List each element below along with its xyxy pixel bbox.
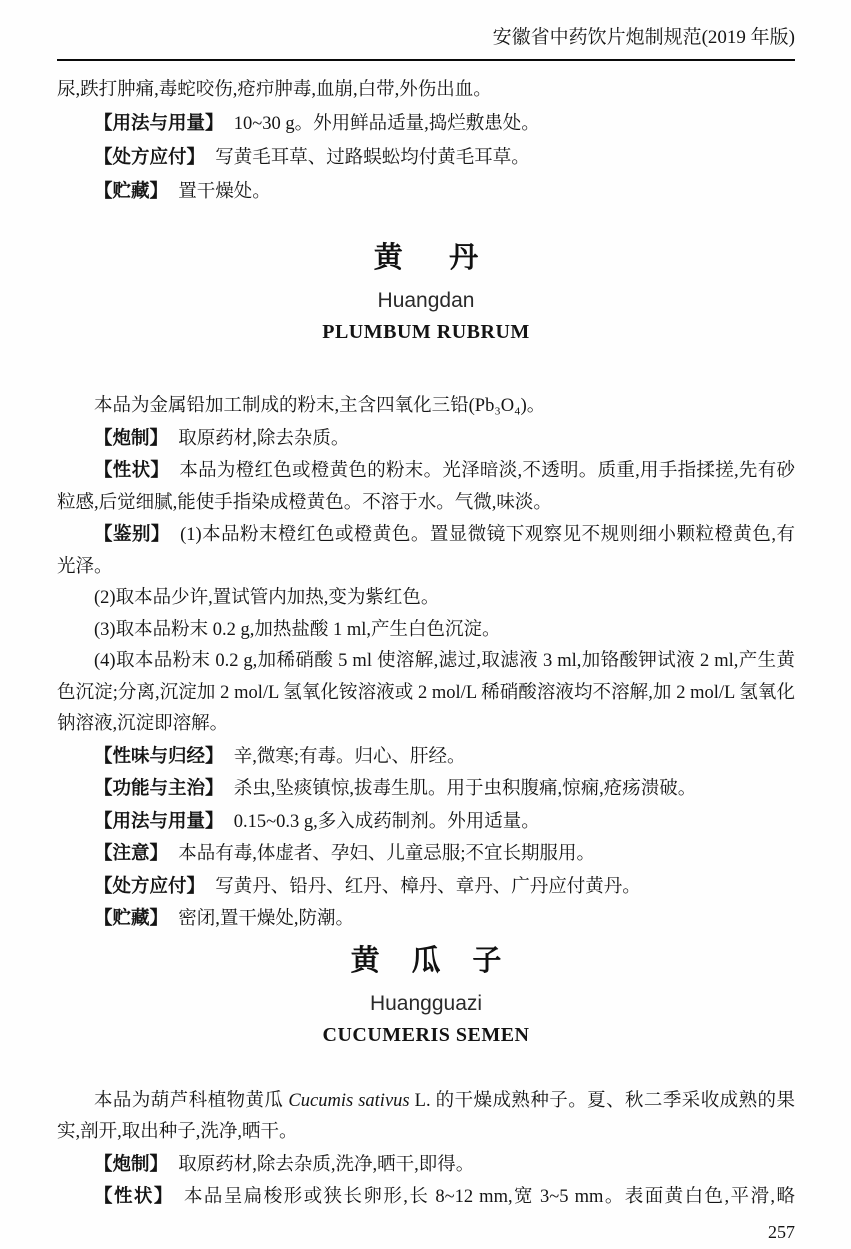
entry-label: 【鉴别】: [94, 524, 170, 545]
entry-property-meridian: 【性味与归经】辛,微寒;有毒。归心、肝经。: [57, 741, 795, 774]
monograph-title-pinyin: Huangguazi: [57, 991, 795, 1017]
entry-text: 本品呈扁梭形或狭长卵形,长 8~12 mm,宽 3~5 mm。表面黄白色,平滑,…: [184, 1187, 795, 1207]
entry-text: 10~30 g。外用鲜品适量,捣烂敷患处。: [234, 114, 540, 134]
identification-item-2: (2)取本品少许,置试管内加热,变为紫红色。: [57, 583, 795, 615]
entry-text: 置干燥处。: [178, 182, 271, 202]
entry-text: 杀虫,坠痰镇惊,拔毒生肌。用于虫积腹痛,惊痫,疮疡溃破。: [234, 779, 697, 799]
entry-label: 【处方应付】: [94, 876, 205, 897]
monograph-huangguazi-body: 本品为葫芦科植物黄瓜 Cucumis sativus L. 的干燥成熟种子。夏、…: [57, 1086, 795, 1214]
entry-prescription-dispensing: 【处方应付】写黄丹、铅丹、红丹、樟丹、章丹、广丹应付黄丹。: [57, 871, 795, 904]
entry-text: 本品有毒,体虚者、孕妇、儿童忌服;不宜长期服用。: [178, 844, 595, 864]
monograph-title-latin: PLUMBUM RUBRUM: [57, 319, 795, 345]
entry-label: 【性状】: [94, 460, 169, 481]
entry-text: 写黄毛耳草、过路蜈蚣均付黄毛耳草。: [215, 148, 530, 168]
entry-processing: 【炮制】取原药材,除去杂质。: [57, 423, 795, 456]
entry-storage: 【贮藏】密闭,置干燥处,防潮。: [57, 903, 795, 936]
entry-prescription-dispensing: 【处方应付】写黄毛耳草、过路蜈蚣均付黄毛耳草。: [57, 141, 795, 175]
header-rule: [57, 59, 795, 61]
entry-label: 【性状】: [94, 1186, 174, 1207]
document-page: 安徽省中药饮片炮制规范(2019 年版) 尿,跌打肿痛,毒蛇咬伤,疮疖肿毒,血崩…: [0, 0, 851, 1249]
monograph-title-pinyin: Huangdan: [57, 288, 795, 314]
entry-label: 【炮制】: [94, 1154, 168, 1175]
source-text-before: 本品为葫芦科植物黄瓜: [94, 1091, 288, 1111]
entry-text: 密闭,置干燥处,防潮。: [178, 909, 354, 929]
monograph-huangdan-body: 本品为金属铅加工制成的粉末,主含四氧化三铅(Pb₃O₄)。 【炮制】取原药材,除…: [57, 391, 795, 936]
entry-label: 【炮制】: [94, 428, 168, 449]
entry-storage: 【贮藏】置干燥处。: [57, 175, 795, 209]
entry-label: 【注意】: [94, 843, 168, 864]
entry-label: 【处方应付】: [94, 147, 205, 168]
entry-label: 【性味与归经】: [94, 746, 224, 767]
entry-description: 【性状】本品呈扁梭形或狭长卵形,长 8~12 mm,宽 3~5 mm。表面黄白色…: [57, 1181, 795, 1214]
monograph-title-chinese: 黄丹: [57, 235, 795, 279]
entry-caution: 【注意】本品有毒,体虚者、孕妇、儿童忌服;不宜长期服用。: [57, 838, 795, 871]
entry-text: 写黄丹、铅丹、红丹、樟丹、章丹、广丹应付黄丹。: [215, 877, 641, 897]
entry-label: 【贮藏】: [94, 908, 168, 929]
entry-description: 【性状】本品为橙红色或橙黄色的粉末。光泽暗淡,不透明。质重,用手指揉搓,先有砂粒…: [57, 455, 795, 519]
latin-binomial: Cucumis sativus: [288, 1091, 409, 1111]
identification-item-3: (3)取本品粉末 0.2 g,加热盐酸 1 ml,产生白色沉淀。: [57, 615, 795, 647]
entry-label: 【用法与用量】: [94, 113, 224, 134]
entry-label: 【用法与用量】: [94, 811, 224, 832]
running-head: 安徽省中药饮片炮制规范(2019 年版): [493, 27, 795, 48]
entry-identification: 【鉴别】(1)本品粉末橙红色或橙黄色。置显微镜下观察见不规则细小颗粒橙黄色,有光…: [57, 519, 795, 583]
page-header: 安徽省中药饮片炮制规范(2019 年版): [57, 26, 795, 50]
continuation-line: 尿,跌打肿痛,毒蛇咬伤,疮疖肿毒,血崩,白带,外伤出血。: [57, 74, 795, 107]
entry-text: 0.15~0.3 g,多入成药制剂。外用适量。: [234, 812, 540, 832]
previous-monograph-continuation: 尿,跌打肿痛,毒蛇咬伤,疮疖肿毒,血崩,白带,外伤出血。 【用法与用量】10~3…: [57, 74, 795, 209]
entry-label: 【功能与主治】: [94, 778, 224, 799]
monograph-title-latin: CUCUMERIS SEMEN: [57, 1022, 795, 1048]
monograph-title-chinese: 黄瓜子: [57, 938, 795, 982]
source-paragraph: 本品为金属铅加工制成的粉末,主含四氧化三铅(Pb₃O₄)。: [57, 391, 795, 423]
monograph-huangguazi-title-block: 黄瓜子 Huangguazi CUCUMERIS SEMEN: [57, 938, 795, 1048]
monograph-huangdan-title-block: 黄丹 Huangdan PLUMBUM RUBRUM: [57, 235, 795, 345]
source-paragraph: 本品为葫芦科植物黄瓜 Cucumis sativus L. 的干燥成熟种子。夏、…: [57, 1086, 795, 1149]
entry-usage-dosage: 【用法与用量】10~30 g。外用鲜品适量,捣烂敷患处。: [57, 107, 795, 141]
entry-text: 取原药材,除去杂质,洗净,晒干,即得。: [178, 1155, 474, 1175]
entry-function-indication: 【功能与主治】杀虫,坠痰镇惊,拔毒生肌。用于虫积腹痛,惊痫,疮疡溃破。: [57, 773, 795, 806]
entry-text: 取原药材,除去杂质。: [178, 429, 349, 449]
page-number-row: 257: [57, 1220, 795, 1244]
entry-processing: 【炮制】取原药材,除去杂质,洗净,晒干,即得。: [57, 1149, 795, 1182]
page-number: 257: [768, 1222, 795, 1242]
entry-text: 辛,微寒;有毒。归心、肝经。: [234, 747, 466, 767]
entry-usage-dosage: 【用法与用量】0.15~0.3 g,多入成药制剂。外用适量。: [57, 806, 795, 839]
entry-label: 【贮藏】: [94, 181, 168, 202]
identification-item-4: (4)取本品粉末 0.2 g,加稀硝酸 5 ml 使溶解,滤过,取滤液 3 ml…: [57, 646, 795, 741]
